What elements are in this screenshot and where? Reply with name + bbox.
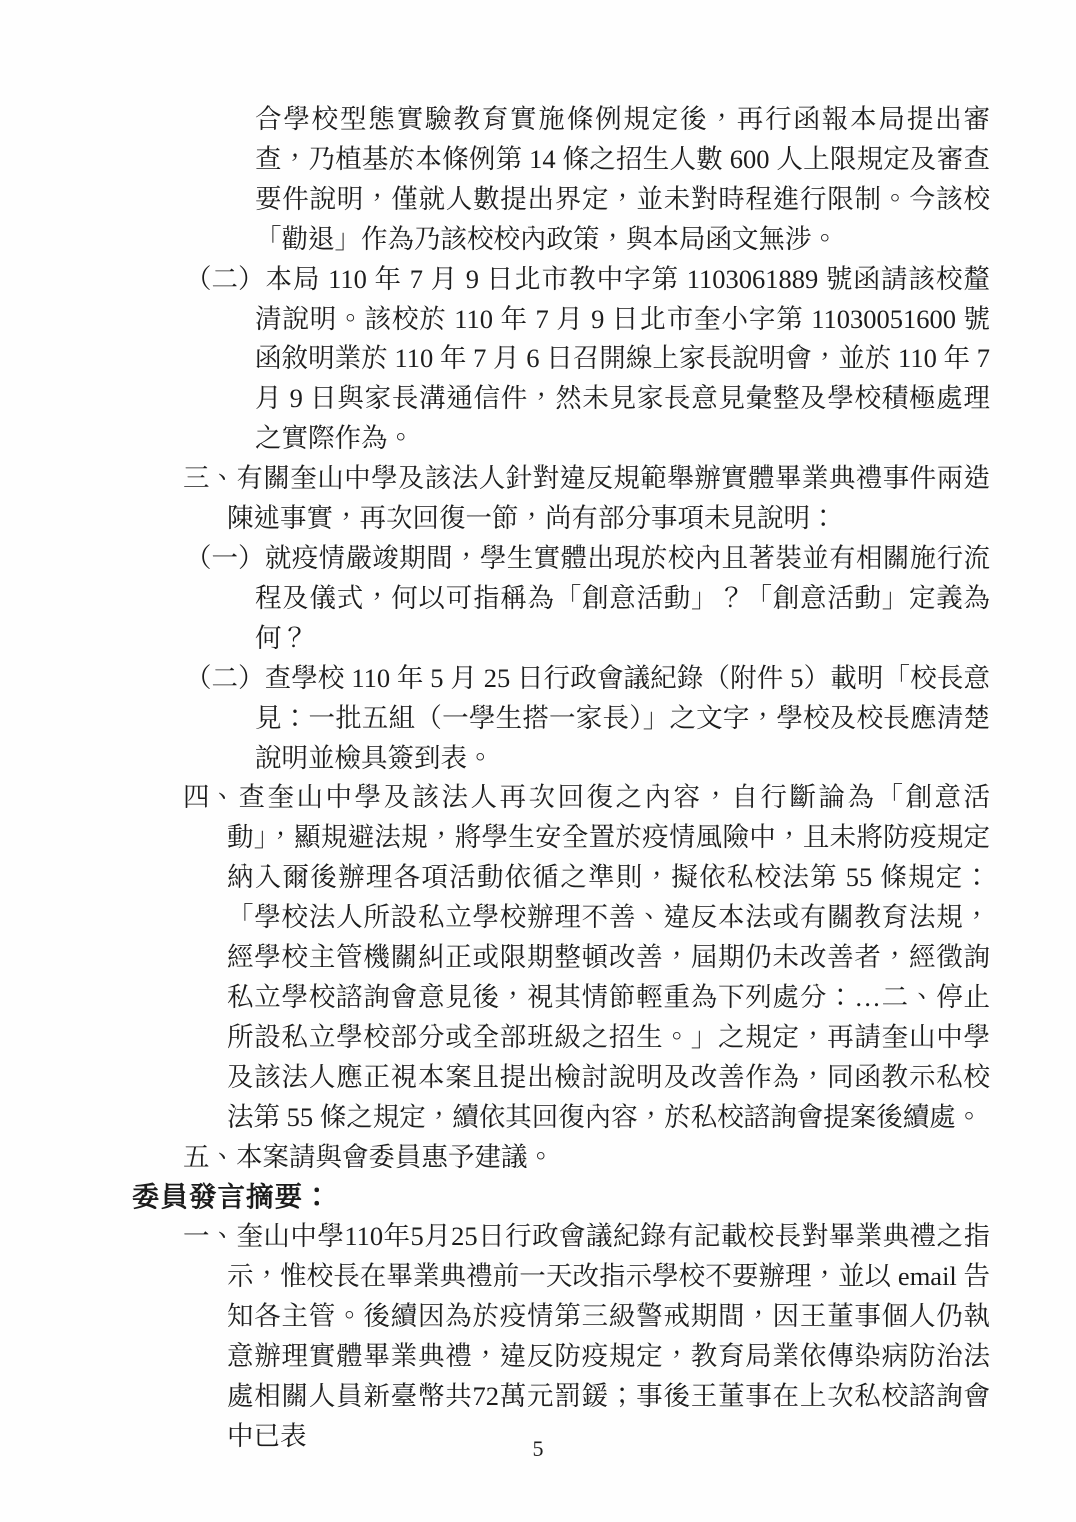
speaker-list-item-1: 一、奎山中學110年5月25日行政會議紀錄有記載校長對畢業典禮之指示，惟校長在畢… <box>227 1217 990 1456</box>
list-item-3-2: （二）查學校 110 年 5 月 25 日行政會議紀錄（附件 5）載明「校長意見… <box>255 659 990 779</box>
list-item-3: 三、有關奎山中學及該法人針對違反規範舉辦實體畢業典禮事件兩造陳述事實，再次回復一… <box>227 459 990 539</box>
document-page: 合學校型態實驗教育實施條例規定後，再行函報本局提出審查，乃植基於本條例第 14 … <box>0 0 1076 1522</box>
paragraph-text: 合學校型態實驗教育實施條例規定後，再行函報本局提出審查，乃植基於本條例第 14 … <box>255 104 990 254</box>
list-item-3-1: （一）就疫情嚴竣期間，學生實體出現於校內且著裝並有相關施行流程及儀式，何以可指稱… <box>255 539 990 659</box>
page-number: 5 <box>0 1436 1076 1462</box>
list-item-text: 就疫情嚴竣期間，學生實體出現於校內且著裝並有相關施行流程及儀式，何以可指稱為「創… <box>255 543 990 653</box>
section-heading: 委員發言摘要： <box>132 1177 1076 1217</box>
list-item-text: 查學校 110 年 5 月 25 日行政會議紀錄（附件 5）載明「校長意見：一批… <box>255 663 990 773</box>
list-item-text: 奎山中學110年5月25日行政會議紀錄有記載校長對畢業典禮之指示，惟校長在畢業典… <box>227 1221 990 1451</box>
list-item-4: 四、查奎山中學及該法人再次回復之內容，自行斷論為「創意活動」，顯規避法規，將學生… <box>227 778 990 1137</box>
list-item-label: 五、 <box>183 1138 236 1178</box>
list-item-label: （二） <box>185 260 265 300</box>
paragraph-continuation: 合學校型態實驗教育實施條例規定後，再行函報本局提出審查，乃植基於本條例第 14 … <box>255 100 990 260</box>
list-item-text: 本案請與會委員惠予建議。 <box>236 1142 554 1172</box>
list-item-5: 五、本案請與會委員惠予建議。 <box>227 1138 990 1178</box>
list-item-label: 三、 <box>183 459 236 499</box>
list-item-text: 本局 110 年 7 月 9 日北市教中字第 1103061889 號函請該校釐… <box>255 264 990 454</box>
list-item-text: 查奎山中學及該法人再次回復之內容，自行斷論為「創意活動」，顯規避法規，將學生安全… <box>227 782 990 1131</box>
list-item-label: （一） <box>185 539 265 579</box>
list-item-label: 四、 <box>183 778 236 818</box>
list-item-2-2: （二）本局 110 年 7 月 9 日北市教中字第 1103061889 號函請… <box>255 260 990 460</box>
list-item-label: （二） <box>185 659 265 699</box>
list-item-text: 有關奎山中學及該法人針對違反規範舉辦實體畢業典禮事件兩造陳述事實，再次回復一節，… <box>227 463 990 533</box>
list-item-label: 一、 <box>183 1217 236 1257</box>
